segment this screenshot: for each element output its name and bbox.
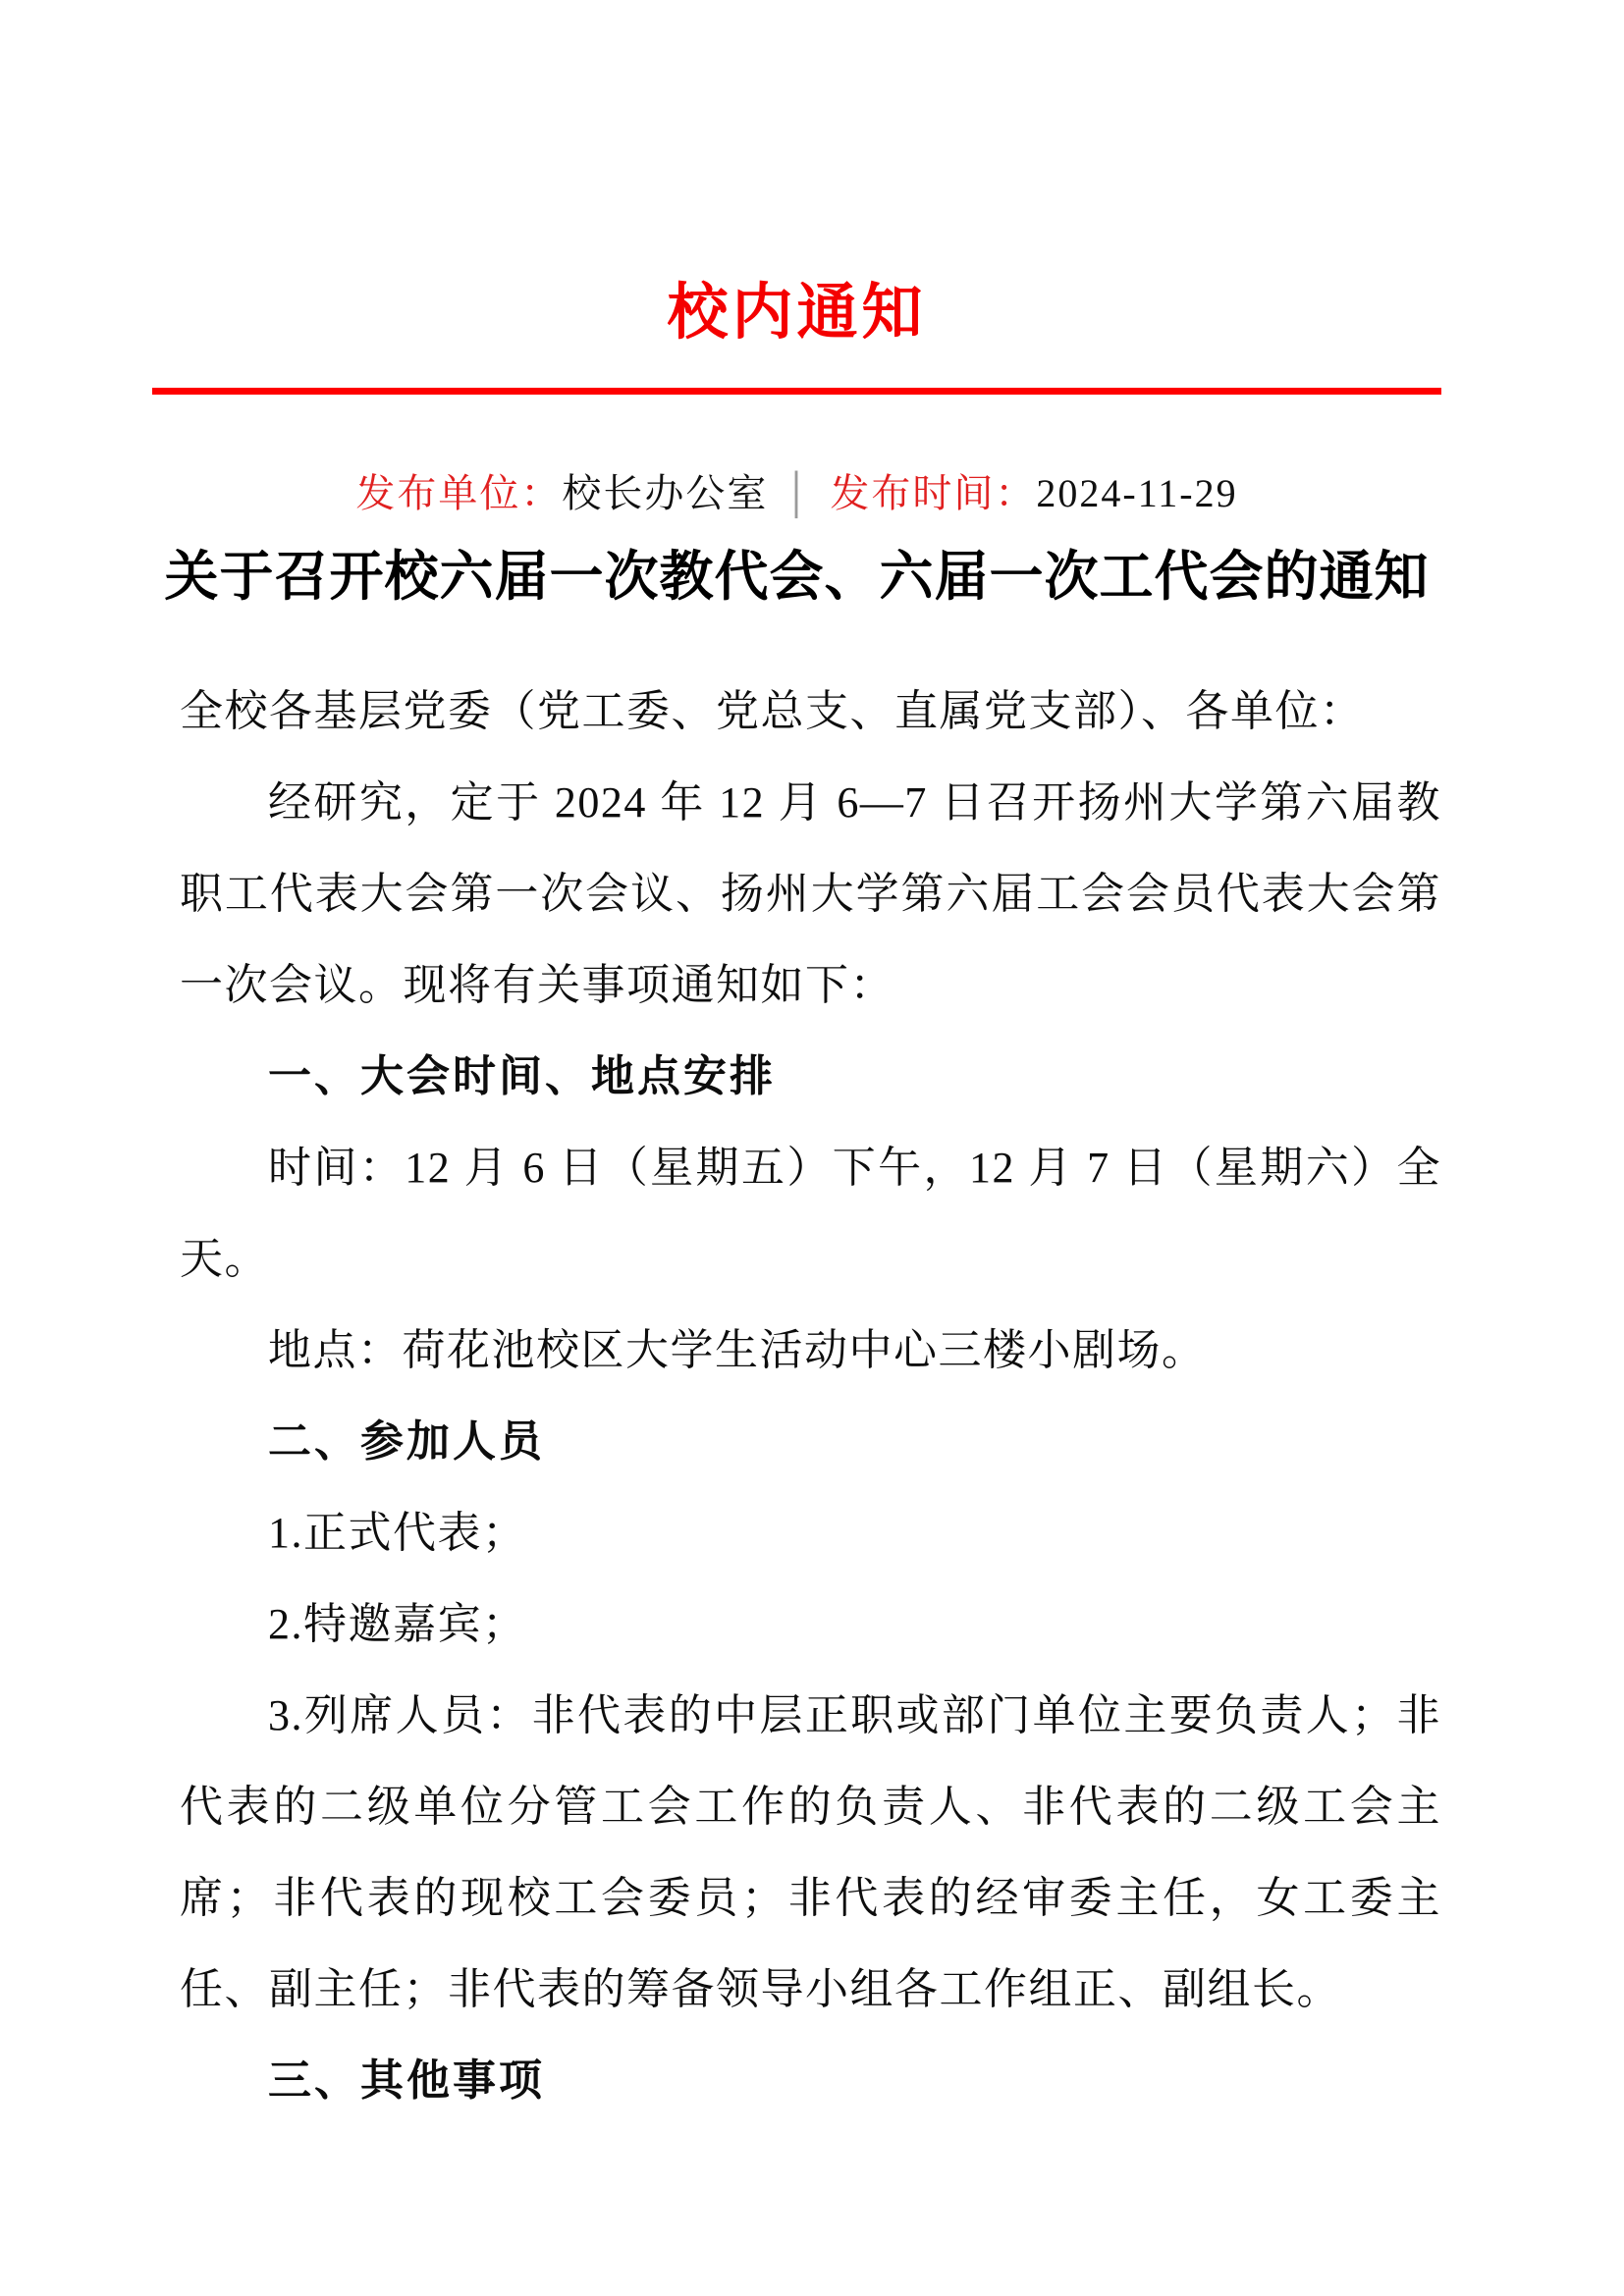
publish-date-value: 2024-11-29	[1036, 471, 1237, 515]
intro-paragraph: 经研究，定于 2024 年 12 月 6—7 日召开扬州大学第六届教职工代表大会…	[180, 757, 1441, 1031]
publish-date-label: 发布时间：	[830, 471, 1036, 515]
page-title: 校内通知	[152, 283, 1441, 344]
meta-separator: │	[768, 472, 830, 515]
publish-meta: 发布单位：校长办公室│发布时间：2024-11-29	[152, 474, 1441, 513]
section-heading-3: 三、其他事项	[180, 2035, 1441, 2126]
content-column: 校内通知 发布单位：校长办公室│发布时间：2024-11-29 关于召开校六届一…	[152, 283, 1441, 2126]
red-divider	[152, 388, 1441, 395]
location-paragraph: 地点：荷花池校区大学生活动中心三楼小剧场。	[180, 1305, 1441, 1396]
attendee-item-2: 2.特邀嘉宾；	[180, 1578, 1441, 1670]
salutation-line: 全校各基层党委（党工委、党总支、直属党支部）、各单位：	[180, 666, 1441, 757]
publisher-value: 校长办公室	[562, 471, 768, 515]
publisher-label: 发布单位：	[355, 471, 562, 515]
attendee-item-3: 3.列席人员：非代表的中层正职或部门单位主要负责人；非代表的二级单位分管工会工作…	[180, 1670, 1441, 2035]
notice-page: 校内通知 发布单位：校长办公室│发布时间：2024-11-29 关于召开校六届一…	[0, 0, 1624, 2296]
attendee-item-1: 1.正式代表；	[180, 1487, 1441, 1578]
section-heading-2: 二、参加人员	[180, 1396, 1441, 1487]
time-paragraph: 时间：12 月 6 日（星期五）下午，12 月 7 日（星期六）全天。	[180, 1122, 1441, 1305]
document-title: 关于召开校六届一次教代会、六届一次工代会的通知	[152, 546, 1441, 609]
section-heading-1: 一、大会时间、地点安排	[180, 1031, 1441, 1122]
document-body: 全校各基层党委（党工委、党总支、直属党支部）、各单位： 经研究，定于 2024 …	[152, 666, 1441, 2126]
